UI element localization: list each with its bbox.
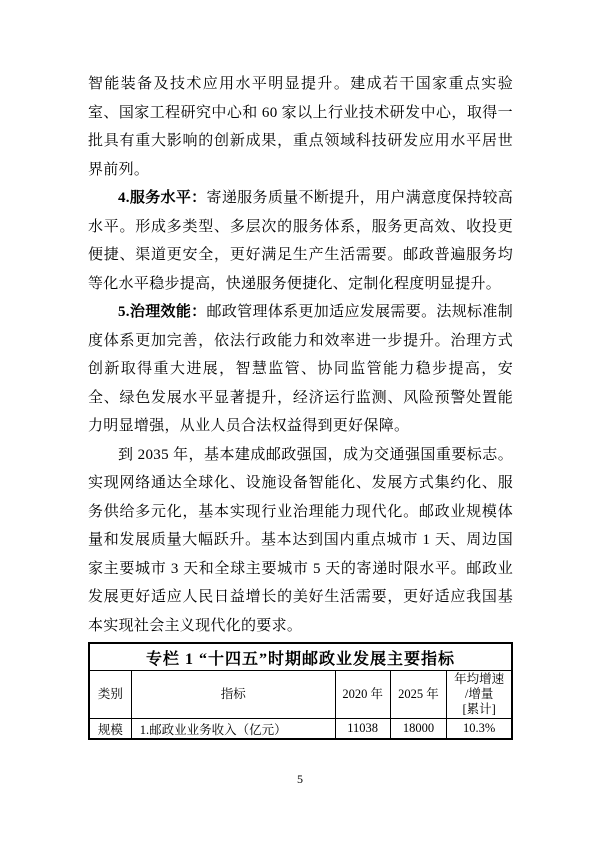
indicators-table: 专栏 1 “十四五”时期邮政业发展主要指标 类别 指标 2020 年 2025 … [88,642,513,740]
paragraph-2-lead: 4.服务水平： [118,190,207,206]
paragraph-4-text: 到 2035 年，基本建成邮政强国，成为交通强国重要标志。实现网络通达全球化、设… [88,447,513,634]
col-header-growth: 年均增速 /增量 [累计] [447,671,512,719]
table-title: 专栏 1 “十四五”时期邮政业发展主要指标 [89,643,512,671]
cell-2025-value: 18000 [390,719,447,740]
table-row: 规模 1.邮政业业务收入（亿元） 11038 18000 10.3% [89,719,512,740]
page-number: 5 [0,772,600,787]
cell-indicator: 1.邮政业业务收入（亿元） [131,719,335,740]
col-header-2025: 2025 年 [390,671,447,719]
paragraph-2035-goal: 到 2035 年，基本建成邮政强国，成为交通强国重要标志。实现网络通达全球化、设… [88,441,513,641]
text-block: 智能装备及技术应用水平明显提升。建成若干国家重点实验室、国家工程研究中心和 60… [88,70,513,740]
paragraph-governance: 5.治理效能：邮政管理体系更加适应发展需要。法规标准制度体系更加完善，依法行政能… [88,298,513,441]
paragraph-service-level: 4.服务水平：寄递服务质量不断提升，用户满意度保持较高水平。形成多类型、多层次的… [88,184,513,298]
document-page: 智能装备及技术应用水平明显提升。建成若干国家重点实验室、国家工程研究中心和 60… [0,0,600,849]
paragraph-3-text: 邮政管理体系更加适应发展需要。法规标准制度体系更加完善，依法行政能力和效率进一步… [88,304,513,434]
paragraph-3-lead: 5.治理效能： [118,304,207,320]
paragraph-1-text: 智能装备及技术应用水平明显提升。建成若干国家重点实验室、国家工程研究中心和 60… [88,76,513,178]
col-header-category: 类别 [89,671,131,719]
col-header-2020: 2020 年 [335,671,390,719]
cell-growth-value: 10.3% [447,719,512,740]
table-title-row: 专栏 1 “十四五”时期邮政业发展主要指标 [89,643,512,671]
cell-category: 规模 [89,719,131,740]
table-header-row: 类别 指标 2020 年 2025 年 年均增速 /增量 [累计] [89,671,512,719]
cell-2020-value: 11038 [335,719,390,740]
col-header-indicator: 指标 [131,671,335,719]
paragraph-continuation: 智能装备及技术应用水平明显提升。建成若干国家重点实验室、国家工程研究中心和 60… [88,70,513,184]
